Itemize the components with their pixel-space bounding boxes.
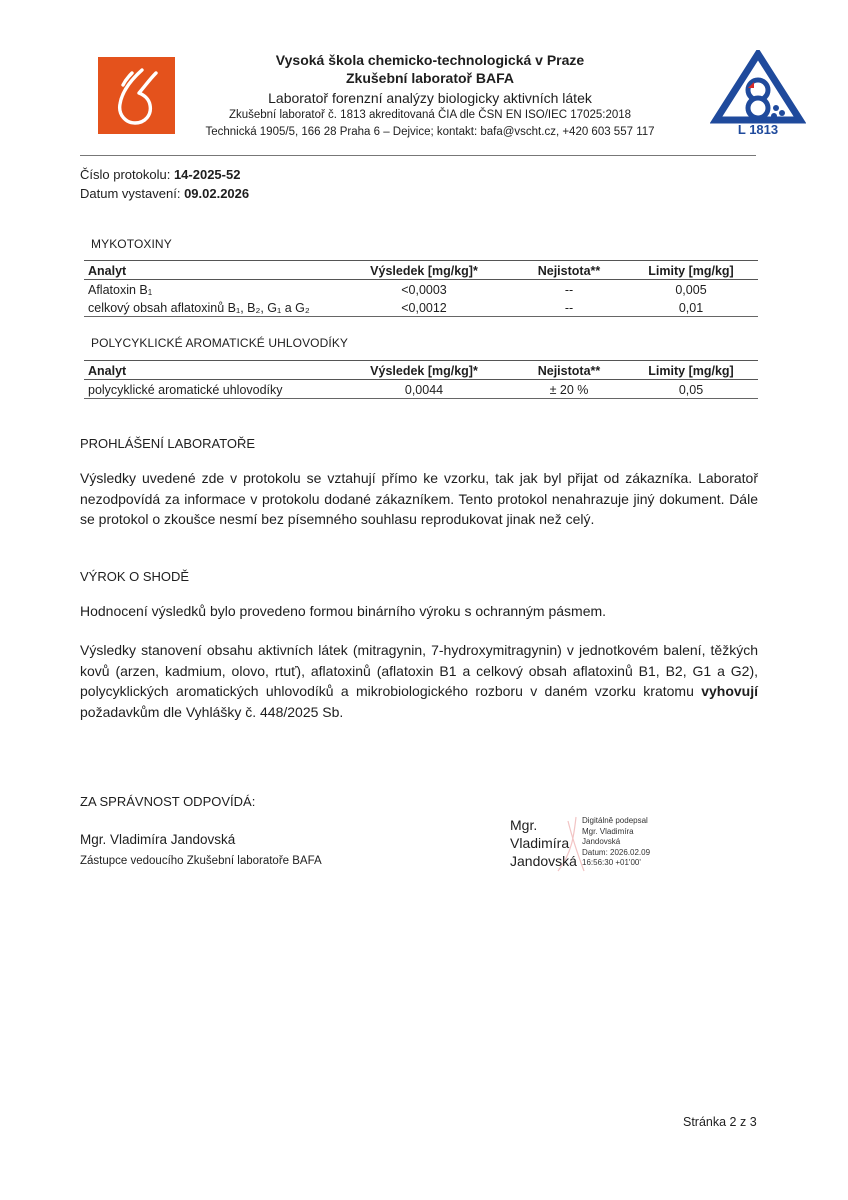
analyte-cell: polycyklické aromatické uhlovodíky	[84, 380, 334, 399]
vscht-logo	[98, 57, 175, 134]
digital-signature-name: Mgr. Vladimíra Jandovská	[510, 816, 577, 870]
lab-name: Zkušební laboratoř BAFA	[180, 70, 680, 87]
accreditation-text: Zkušební laboratoř č. 1813 akreditovaná …	[180, 109, 680, 123]
header-divider	[80, 155, 756, 156]
issue-date-row: Datum vystavení: 09.02.2026	[80, 184, 249, 203]
uncertainty-cell: --	[514, 298, 624, 317]
declaration-text: Výsledky uvedené zde v protokolu se vzta…	[80, 468, 758, 530]
limit-cell: 0,05	[624, 380, 758, 399]
department-name: Laboratoř forenzní analýzy biologicky ak…	[180, 90, 680, 107]
responsible-heading: ZA SPRÁVNOST ODPOVÍDÁ:	[80, 794, 255, 809]
mycotoxins-title: MYKOTOXINY	[91, 237, 172, 251]
col-limit: Limity [mg/kg]	[624, 261, 758, 280]
conformity-heading: VÝROK O SHODĚ	[80, 569, 189, 584]
issue-date-label: Datum vystavení:	[80, 186, 180, 201]
uncertainty-cell: ± 20 %	[514, 380, 624, 399]
cia-accreditation-logo: L 1813	[710, 50, 806, 138]
signer-role: Zástupce vedoucího Zkušební laboratoře B…	[80, 855, 322, 867]
digital-signature-details: Digitálně podepsal Mgr. Vladimíra Jandov…	[582, 816, 650, 869]
table-header-row: Analyt Výsledek [mg/kg]* Nejistota** Lim…	[84, 361, 758, 380]
page-number: Stránka 2 z 3	[683, 1115, 757, 1129]
signer-name: Mgr. Vladimíra Jandovská	[80, 832, 235, 847]
limit-cell: 0,01	[624, 298, 758, 317]
protocol-number: 14-2025-52	[174, 167, 241, 182]
table-row: polycyklické aromatické uhlovodíky 0,004…	[84, 380, 758, 399]
cia-triangle-icon: L 1813	[710, 50, 806, 138]
vscht-drop-icon	[98, 57, 175, 134]
pah-title: POLYCYKLICKÉ AROMATICKÉ UHLOVODÍKY	[91, 336, 348, 350]
protocol-info: Číslo protokolu: 14-2025-52 Datum vystav…	[80, 165, 249, 203]
issue-date: 09.02.2026	[184, 186, 249, 201]
conformity-text-1: Hodnocení výsledků bylo provedeno formou…	[80, 601, 758, 622]
address-text: Technická 1905/5, 166 28 Praha 6 – Dejvi…	[180, 126, 680, 140]
protocol-number-label: Číslo protokolu:	[80, 167, 170, 182]
col-uncertainty: Nejistota**	[514, 261, 624, 280]
col-result: Výsledek [mg/kg]*	[334, 361, 514, 380]
result-cell: <0,0003	[334, 280, 514, 299]
protocol-number-row: Číslo protokolu: 14-2025-52	[80, 165, 249, 184]
pah-table: Analyt Výsledek [mg/kg]* Nejistota** Lim…	[84, 360, 758, 399]
cia-mark-label: L 1813	[738, 122, 778, 137]
col-limit: Limity [mg/kg]	[624, 361, 758, 380]
limit-cell: 0,005	[624, 280, 758, 299]
analyte-cell: celkový obsah aflatoxinů B₁, B₂, G₁ a G₂	[84, 298, 334, 317]
uncertainty-cell: --	[514, 280, 624, 299]
result-cell: <0,0012	[334, 298, 514, 317]
mycotoxins-table: Analyt Výsledek [mg/kg]* Nejistota** Lim…	[84, 260, 758, 317]
letterhead: Vysoká škola chemicko-technologická v Pr…	[180, 52, 680, 140]
col-uncertainty: Nejistota**	[514, 361, 624, 380]
table-row: Aflatoxin B1 <0,0003 -- 0,005	[84, 280, 758, 299]
result-cell: 0,0044	[334, 380, 514, 399]
conformity-text-2: Výsledky stanovení obsahu aktivních láte…	[80, 640, 758, 722]
university-name: Vysoká škola chemicko-technologická v Pr…	[180, 52, 680, 69]
declaration-heading: PROHLÁŠENÍ LABORATOŘE	[80, 436, 255, 451]
analyte-cell: Aflatoxin B1	[84, 280, 334, 299]
conformity-verdict: vyhovují	[701, 683, 758, 699]
table-row: celkový obsah aflatoxinů B₁, B₂, G₁ a G₂…	[84, 298, 758, 317]
col-result: Výsledek [mg/kg]*	[334, 261, 514, 280]
table-header-row: Analyt Výsledek [mg/kg]* Nejistota** Lim…	[84, 261, 758, 280]
col-analyte: Analyt	[84, 261, 334, 280]
col-analyte: Analyt	[84, 361, 334, 380]
